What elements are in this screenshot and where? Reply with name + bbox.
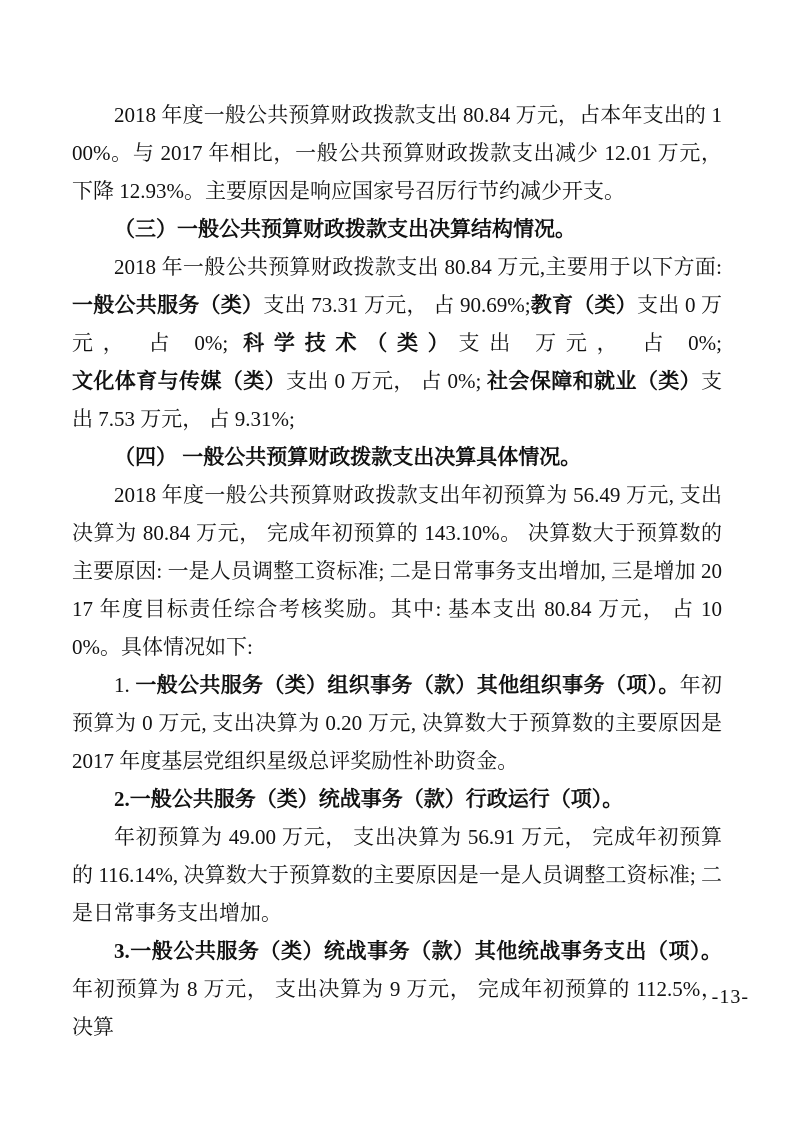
text-run: 2.一般公共服务（类）统战事务（款）行政运行（项）。: [114, 787, 623, 811]
text-run: 科学技术（类）: [243, 331, 458, 355]
text-run: 1.: [114, 673, 135, 697]
document-page: 2018 年度一般公共预算财政拨款支出 80.84 万元，占本年支出的 100%…: [0, 0, 793, 1122]
para-expenditure-structure: 2018 年一般公共预算财政拨款支出 80.84 万元,主要用于以下方面: 一般…: [72, 248, 722, 438]
text-run: 支出 73.31 万元， 占 90.69%;: [263, 293, 530, 317]
document-body: 2018 年度一般公共预算财政拨款支出 80.84 万元，占本年支出的 100%…: [72, 96, 722, 1046]
heading-section-4: （四） 一般公共预算财政拨款支出决算具体情况。: [72, 438, 722, 476]
text-run: 社会保障和就业（类）: [487, 369, 701, 393]
text-run: 3.一般公共服务（类）统战事务（款）其他统战事务支出（项）。: [114, 939, 722, 963]
para-item-3: 3.一般公共服务（类）统战事务（款）其他统战事务支出（项）。年初预算为 8 万元…: [72, 932, 722, 1046]
text-run: 教育（类）: [531, 293, 637, 317]
para-item-1: 1. 一般公共服务（类）组织事务（款）其他组织事务（项）。年初预算为 0 万元,…: [72, 666, 722, 780]
text-run: 年初预算为 49.00 万元， 支出决算为 56.91 万元， 完成年初预算的 …: [72, 825, 722, 925]
text-run: 文化体育与传媒（类）: [72, 369, 286, 393]
text-run: 2018 年度一般公共预算财政拨款支出 80.84 万元，占本年支出的 100%…: [72, 103, 722, 203]
text-run: 一般公共服务（类）组织事务（款）其他组织事务（项）。: [135, 673, 679, 697]
text-run: 支出 万元， 占 0%;: [459, 331, 722, 355]
para-expenditure-summary: 2018 年度一般公共预算财政拨款支出 80.84 万元，占本年支出的 100%…: [72, 96, 722, 210]
heading-item-2: 2.一般公共服务（类）统战事务（款）行政运行（项）。: [72, 780, 722, 818]
text-run: 2018 年一般公共预算财政拨款支出 80.84 万元,主要用于以下方面:: [114, 255, 722, 279]
page-number: -13-: [712, 984, 749, 1010]
text-run: 2018 年度一般公共预算财政拨款支出年初预算为 56.49 万元, 支出决算为…: [72, 483, 722, 659]
text-run: （四） 一般公共预算财政拨款支出决算具体情况。: [114, 445, 581, 469]
text-run: 支出 0 万元， 占 0%;: [286, 369, 487, 393]
para-item-2-detail: 年初预算为 49.00 万元， 支出决算为 56.91 万元， 完成年初预算的 …: [72, 818, 722, 932]
text-run: 一般公共服务（类）: [72, 293, 263, 317]
heading-section-3: （三）一般公共预算财政拨款支出决算结构情况。: [72, 210, 722, 248]
text-run: 年初预算为 8 万元， 支出决算为 9 万元， 完成年初预算的 112.5%， …: [72, 977, 722, 1039]
text-run: （三）一般公共预算财政拨款支出决算结构情况。: [114, 217, 576, 241]
para-budget-vs-final: 2018 年度一般公共预算财政拨款支出年初预算为 56.49 万元, 支出决算为…: [72, 476, 722, 666]
